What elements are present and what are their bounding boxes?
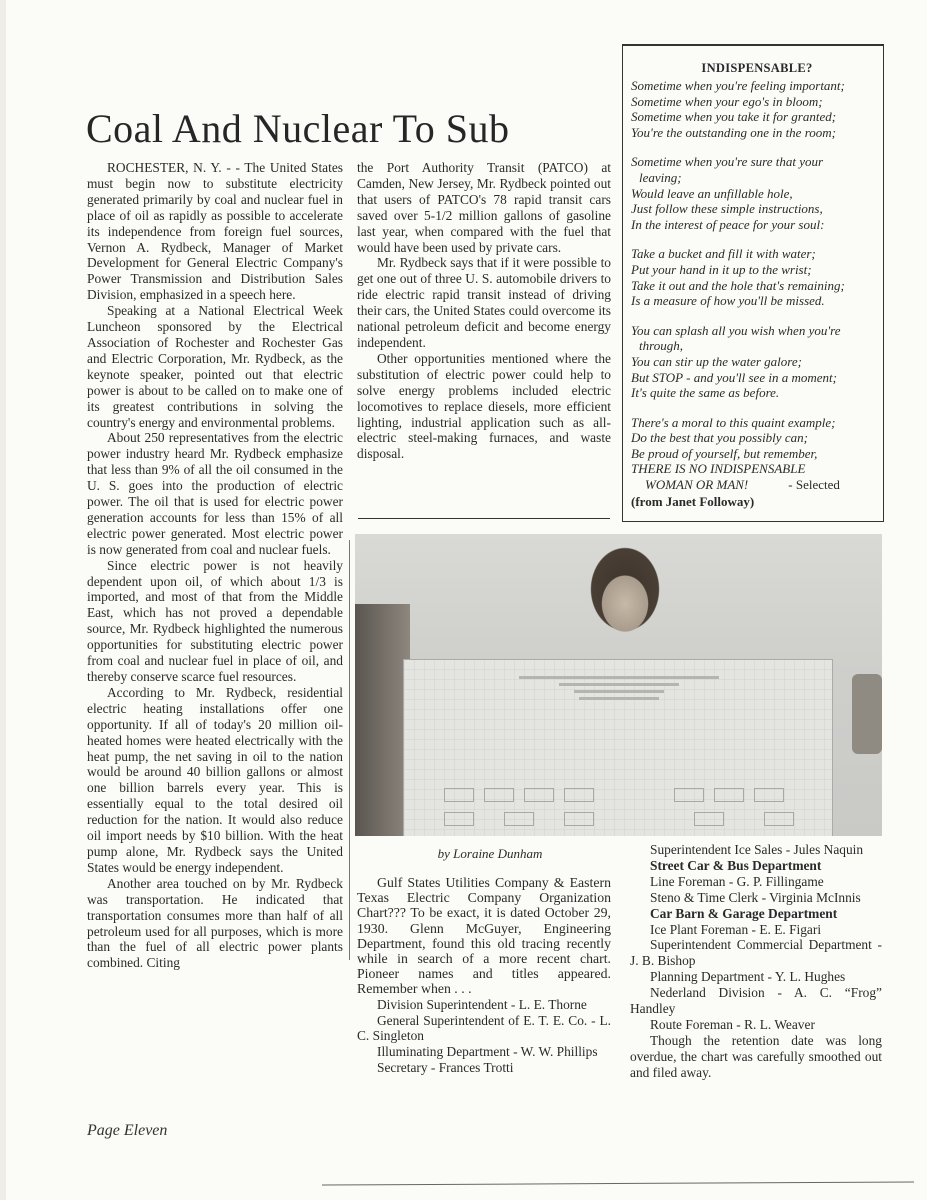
org-chart-box [564,812,594,826]
paragraph: According to Mr. Rydbeck, residential el… [87,685,343,876]
photo-hand-left [355,604,410,836]
paragraph: About 250 representatives from the elect… [87,430,343,557]
list-item: General Superintendent of E. T. E. Co. -… [357,1013,611,1045]
poem-signature: - Selected [788,477,840,493]
list-item: Superintendent Commercial Department - J… [630,937,882,969]
poem-line: Do the best that you possibly can; [631,430,883,446]
poem-title: INDISPENSABLE? [631,61,883,76]
poem-line: Is a measure of how you'll be missed. [631,293,883,309]
poem-box: INDISPENSABLE? Sometime when you're feel… [622,44,884,522]
list-item: Line Foreman - G. P. Fillingame [630,874,882,890]
poem-line: Take it out and the hole that's remainin… [631,278,883,294]
list-item: Illuminating Department - W. W. Phillips [357,1044,611,1060]
poem-stanza: Sometime when you're feeling important; … [631,78,883,140]
poem-line: Just follow these simple instructions, [631,201,883,217]
org-chart-box [694,812,724,826]
paragraph: Another area touched on by Mr. Rydbeck w… [87,876,343,971]
photo-chart-tracing [403,659,833,836]
paragraph: Speaking at a National Electrical Week L… [87,303,343,430]
column-divider [349,540,350,960]
feature-byline: by Loraine Dunham [355,846,625,862]
poem-line: It's quite the same as before. [631,385,883,401]
poem-line: You can splash all you wish when you're [631,323,883,339]
closing-paragraph: Though the retention date was long overd… [630,1033,882,1081]
org-chart-box [444,788,474,802]
org-chart-box [564,788,594,802]
org-chart-box [754,788,784,802]
list-item: Nederland Division - A. C. “Frog” Handle… [630,985,882,1017]
poem-line: You can stir up the water galore; [631,354,883,370]
poem-line: Sometime when you take it for granted; [631,109,883,125]
article-column-1: ROCHESTER, N. Y. - - The United States m… [87,160,343,971]
org-chart-box [484,788,514,802]
bottom-rule [322,1181,914,1185]
photo-man-head [577,534,673,654]
poem-line: But STOP - and you'll see in a moment; [631,370,883,386]
paragraph: Mr. Rydbeck says that if it were possibl… [357,255,611,350]
org-chart-box [504,812,534,826]
poem-line: You're the outstanding one in the room; [631,125,883,141]
poem-line: Be proud of yourself, but remember, [631,446,883,462]
article-column-2: the Port Authority Transit (PATCO) at Ca… [357,160,611,462]
feature-column-1: Gulf States Utilities Company & Eastern … [357,875,611,1076]
poem-line: Put your hand in it up to the wrist; [631,262,883,278]
poem-line: In the interest of peace for your soul: [631,217,883,233]
department-heading: Car Barn & Garage Department [630,906,882,922]
chart-title-lines [514,672,724,704]
photo-hand-right [852,674,882,754]
list-item: Division Superintendent - L. E. Thorne [357,997,611,1013]
poem-line: THERE IS NO INDISPENSABLE [631,461,883,477]
list-item: Secretary - Frances Trotti [357,1060,611,1076]
list-item: Route Foreman - R. L. Weaver [630,1017,882,1033]
poem-signature-row: WOMAN OR MAN! - Selected [631,477,883,493]
list-item: Superintendent Ice Sales - Jules Naquin [630,842,882,858]
department-heading: Street Car & Bus Department [630,858,882,874]
section-divider [358,518,610,519]
poem-line: leaving; [631,170,883,186]
org-chart-box [524,788,554,802]
poem-credit: (from Janet Followay) [631,493,883,511]
poem-last-line: WOMAN OR MAN! [645,477,748,493]
paragraph: ROCHESTER, N. Y. - - The United States m… [87,160,343,303]
list-item: Planning Department - Y. L. Hughes [630,969,882,985]
org-chart-box [444,812,474,826]
list-item: Steno & Time Clerk - Virginia McInnis [630,890,882,906]
poem-stanza: Sometime when you're sure that your leav… [631,154,883,232]
poem-stanza: There's a moral to this quaint example; … [631,415,883,477]
poem-stanza: You can splash all you wish when you're … [631,323,883,401]
feature-column-2: Superintendent Ice Sales - Jules Naquin … [630,842,882,1081]
paragraph: the Port Authority Transit (PATCO) at Ca… [357,160,611,255]
poem-line: through, [631,338,883,354]
org-chart-box [764,812,794,826]
list-item: Ice Plant Foreman - E. E. Figari [630,922,882,938]
photo-org-chart [355,534,882,836]
feature-intro: Gulf States Utilities Company & Eastern … [357,875,611,997]
poem-line: Would leave an unfillable hole, [631,186,883,202]
org-chart-box [714,788,744,802]
article-headline: Coal And Nuclear To Sub [86,105,606,152]
poem-line: There's a moral to this quaint example; [631,415,883,431]
org-chart-box [674,788,704,802]
poem-line: Take a bucket and fill it with water; [631,246,883,262]
poem-line: Sometime when you're sure that your [631,154,883,170]
paragraph: Since electric power is not heavily depe… [87,558,343,685]
poem-line: Sometime when your ego's in bloom; [631,94,883,110]
page-number: Page Eleven [87,1122,167,1140]
paragraph: Other opportunities mentioned where the … [357,351,611,462]
page-edge [0,0,6,1200]
poem-stanza: Take a bucket and fill it with water; Pu… [631,246,883,308]
poem-line: Sometime when you're feeling important; [631,78,883,94]
